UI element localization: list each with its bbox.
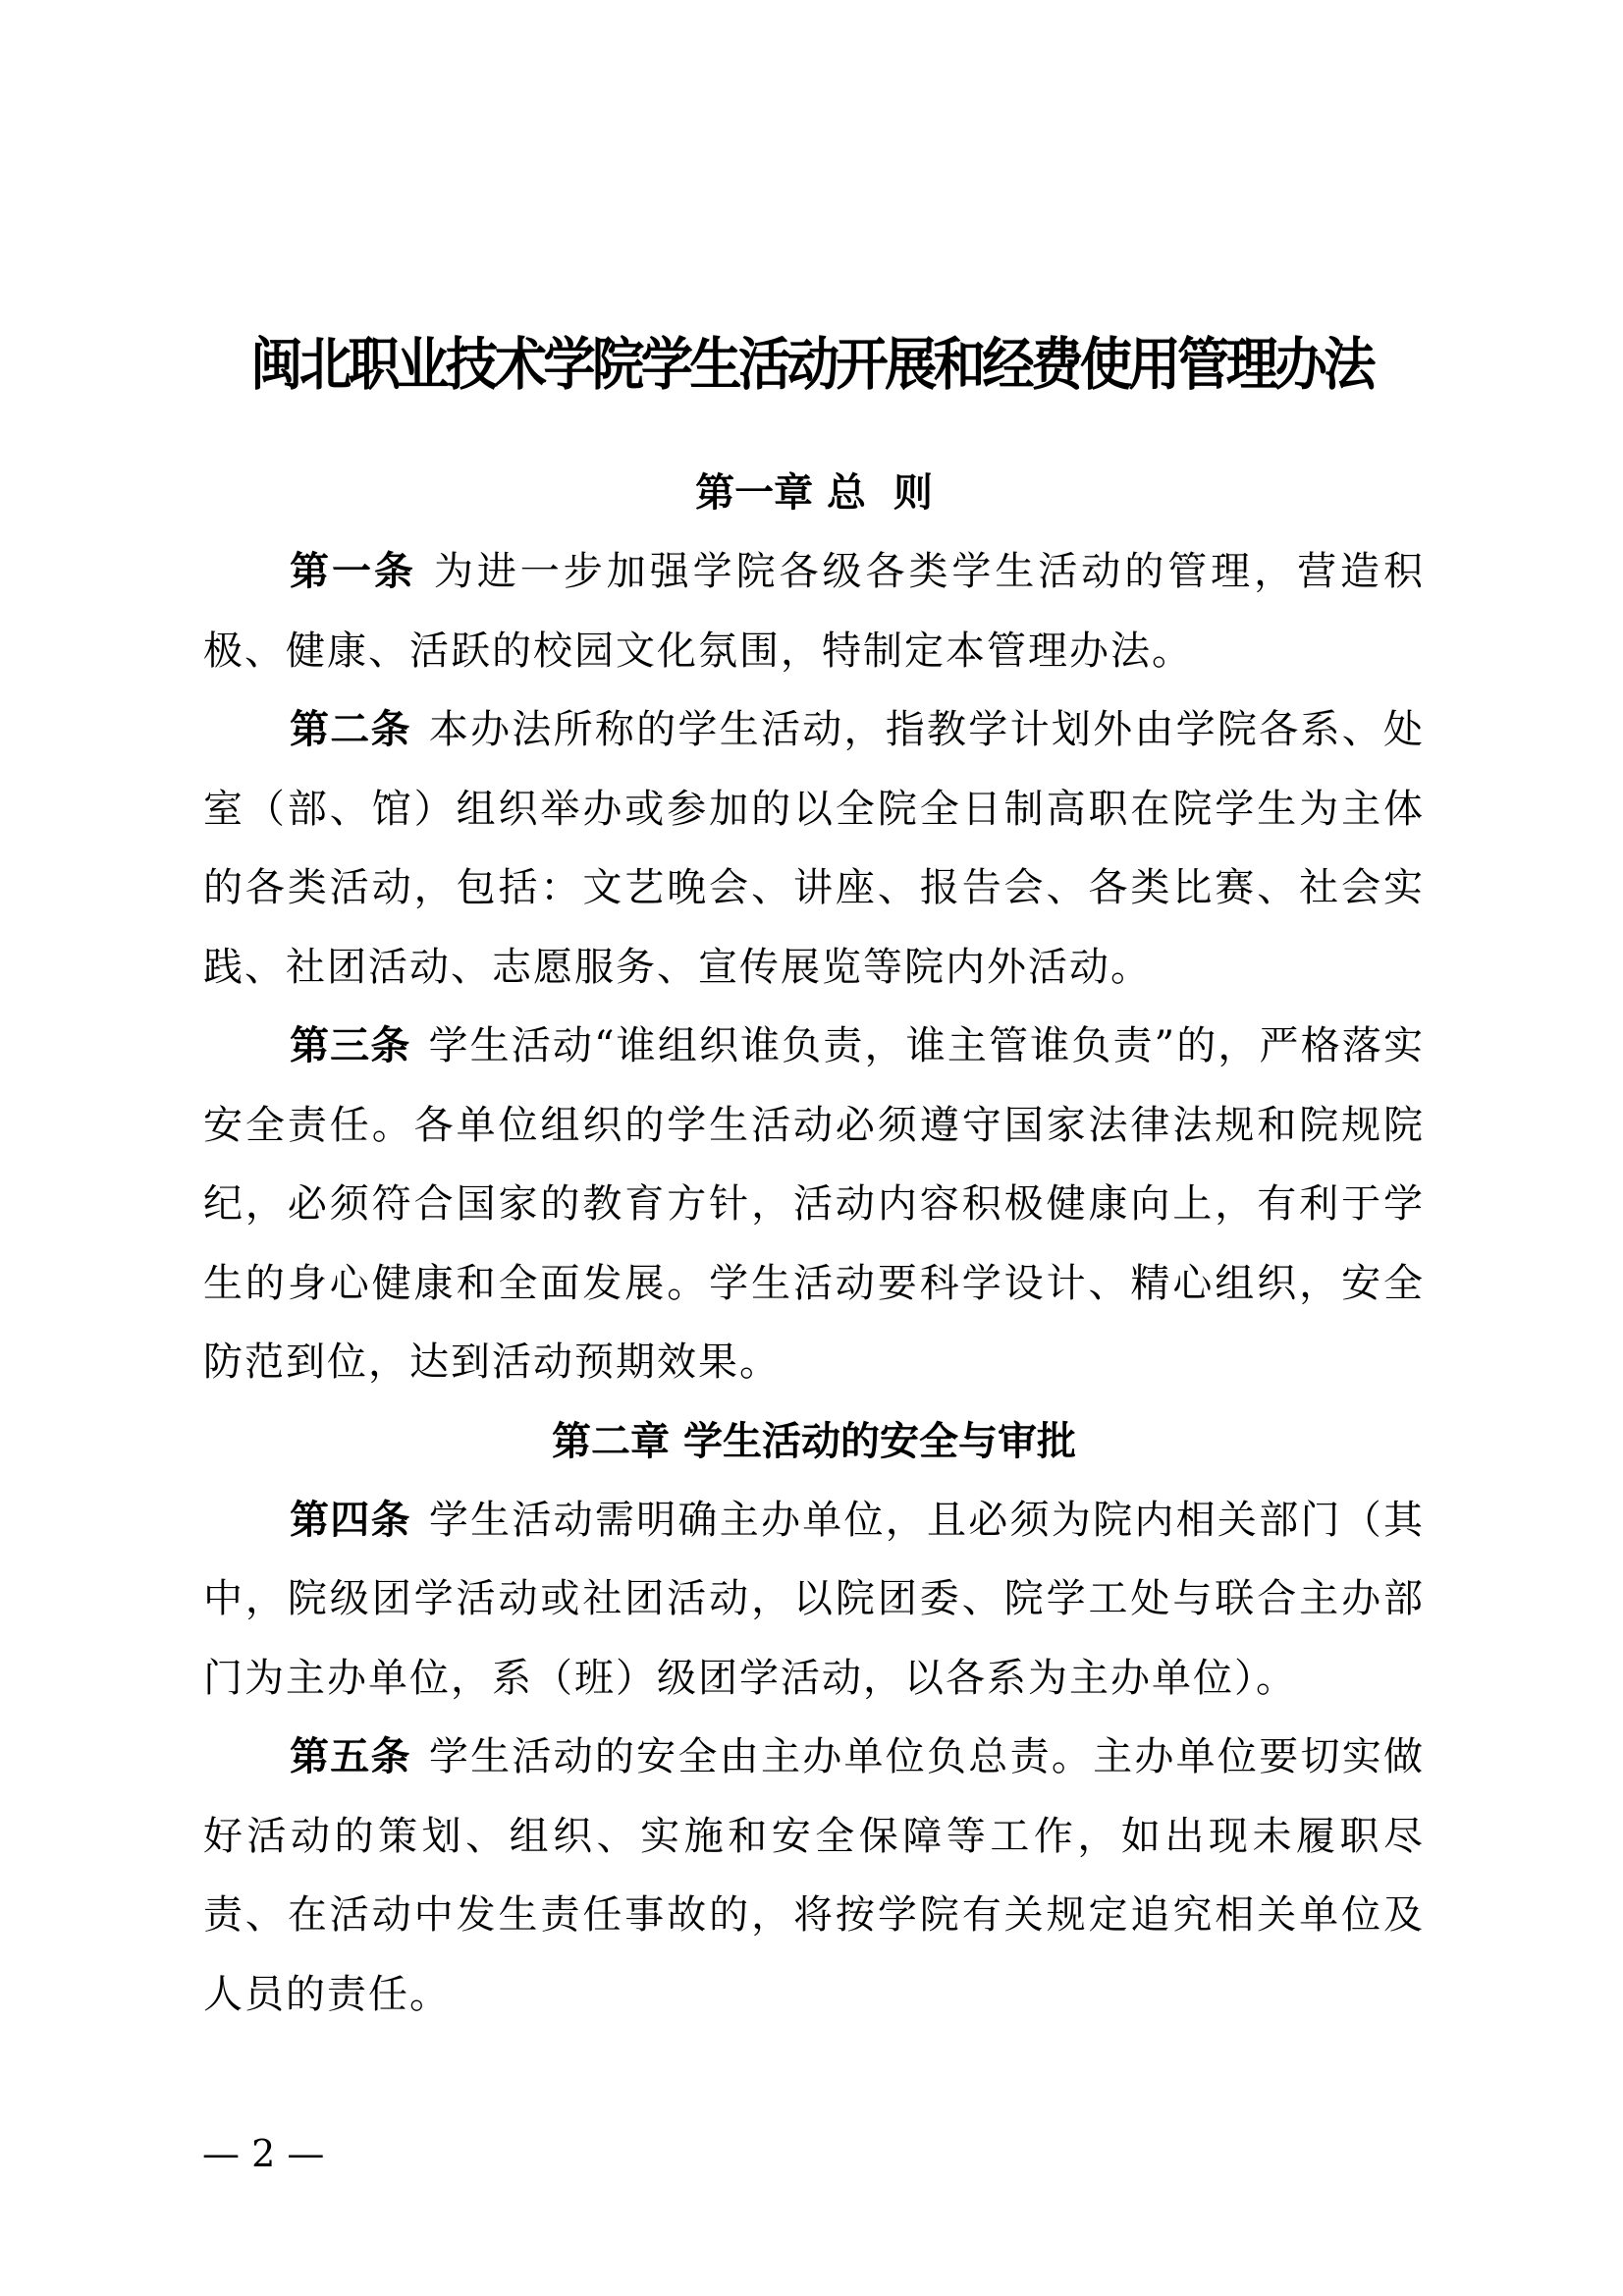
- article-text: 学生活动“谁组织谁负责，谁主管谁负责”的，严格落实安全责任。各单位组织的学生活动…: [203, 1023, 1425, 1385]
- article-1: 第一条为进一步加强学院各级各类学生活动的管理，营造积极、健康、活跃的校园文化氛围…: [203, 532, 1425, 690]
- chapter-heading: 第一章 总 则: [203, 454, 1425, 532]
- document-body: 第一章 总 则 第一条为进一步加强学院各级各类学生活动的管理，营造积极、健康、活…: [203, 454, 1425, 2034]
- article-5: 第五条学生活动的安全由主办单位负总责。主办单位要切实做好活动的策划、组织、实施和…: [203, 1718, 1425, 2034]
- document-title: 闽北职业技术学院学生活动开展和经费使用管理办法: [65, 325, 1558, 404]
- page-number: — 2 —: [202, 2129, 324, 2178]
- chapter-heading: 第二章 学生活动的安全与审批: [203, 1402, 1425, 1481]
- chapter-2: 第二章 学生活动的安全与审批 第四条学生活动需明确主办单位，且必须为院内相关部门…: [203, 1402, 1425, 2035]
- article-4: 第四条学生活动需明确主办单位，且必须为院内相关部门（其中，院级团学活动或社团活动…: [203, 1481, 1425, 1719]
- article-label: 第三条: [290, 1023, 410, 1068]
- article-2: 第二条本办法所称的学生活动，指教学计划外由学院各系、处室（部、馆）组织举办或参加…: [203, 690, 1425, 1007]
- article-label: 第四条: [290, 1498, 411, 1543]
- chapter-1: 第一章 总 则 第一条为进一步加强学院各级各类学生活动的管理，营造积极、健康、活…: [203, 454, 1425, 1402]
- article-label: 第二条: [290, 707, 411, 752]
- article-label: 第一条: [290, 549, 416, 594]
- article-3: 第三条学生活动“谁组织谁负责，谁主管谁负责”的，严格落实安全责任。各单位组织的学…: [203, 1007, 1425, 1402]
- document-page: 闽北职业技术学院学生活动开展和经费使用管理办法 第一章 总 则 第一条为进一步加…: [0, 0, 1623, 2296]
- article-label: 第五条: [290, 1734, 411, 1779]
